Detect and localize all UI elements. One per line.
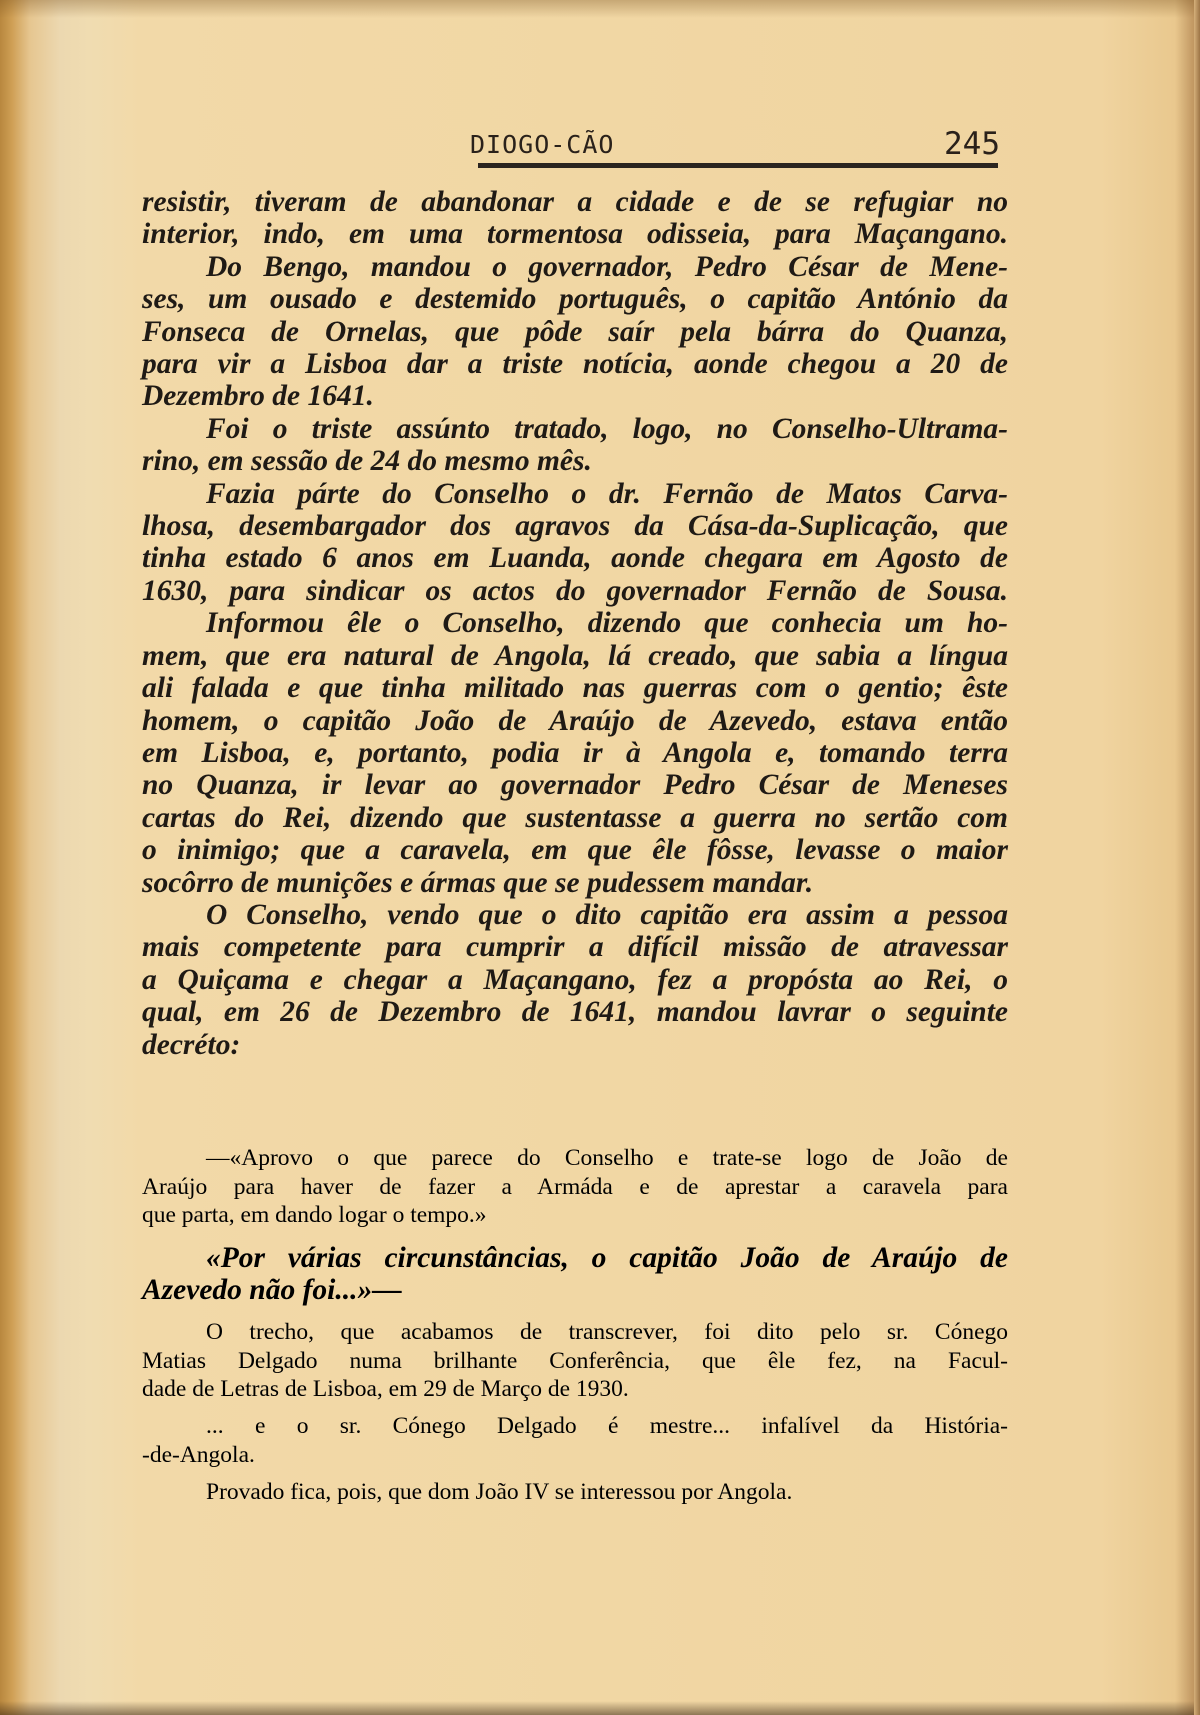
text-line: -de-Angola. [142, 1441, 1008, 1470]
text-line: ali falada e que tinha militado nas guer… [142, 672, 1008, 704]
text-line: para vir a Lisboa dar a triste notícia, … [142, 348, 1008, 380]
text-line: dade de Letras de Lisboa, em 29 de Março… [142, 1375, 1008, 1404]
text-line: Fonseca de Ornelas, que pôde saír pela b… [142, 316, 1008, 348]
text-line: ses, um ousado e destemido português, o … [142, 283, 1008, 315]
text-line: decréto: [142, 1029, 1008, 1061]
text-line: Provado fica, pois, que dom João IV se i… [142, 1478, 1008, 1507]
text-line: mais competente para cumprir a difícil m… [142, 931, 1008, 963]
header-rule [478, 163, 998, 168]
text-line: lhosa, desembargador dos agravos da Cása… [142, 510, 1008, 542]
text-line: qual, em 26 de Dezembro de 1641, mandou … [142, 996, 1008, 1028]
text-line: Dezembro de 1641. [142, 380, 1008, 412]
text-line: homem, o capitão João de Araújo de Azeve… [142, 705, 1008, 737]
paragraph-2: Do Bengo, mandou o governador, Pedro Cés… [142, 251, 1008, 413]
running-title: DIOGO-CÃO [470, 130, 614, 159]
text-line: em Lisboa, e, portanto, podia ir à Angol… [142, 737, 1008, 769]
text-line: tinha estado 6 anos em Luanda, aonde che… [142, 542, 1008, 574]
text-line: interior, indo, em uma tormentosa odisse… [142, 218, 1008, 250]
paragraph-4: Fazia párte do Conselho o dr. Fernão de … [142, 478, 1008, 608]
italic-quote: «Por várias circunstâncias, o capitão Jo… [142, 1242, 1008, 1307]
paragraph-8: ... e o sr. Cónego Delgado é mestre... i… [142, 1412, 1008, 1469]
text-line: cartas do Rei, dizendo que sustentasse a… [142, 802, 1008, 834]
text-line: no Quanza, ir levar ao governador Pedro … [142, 769, 1008, 801]
body-italic: resistir, tiveram de abandonar a cidade … [142, 186, 1008, 1061]
text-line: Foi o triste assúnto tratado, logo, no C… [142, 413, 1008, 445]
text-line: a Quiçama e chegar a Maçangano, fez a pr… [142, 964, 1008, 996]
text-line: Azevedo não foi...»— [142, 1274, 1008, 1306]
text-line: Matias Delgado numa brilhante Conferênci… [142, 1347, 1008, 1376]
text-line: mem, que era natural de Angola, lá cread… [142, 640, 1008, 672]
text-line: 1630, para sindicar os actos do governad… [142, 575, 1008, 607]
decree-quote: —«Aprovo o que parece do Conselho e trat… [142, 1144, 1008, 1230]
text-line: ... e o sr. Cónego Delgado é mestre... i… [142, 1412, 1008, 1441]
text-line: —«Aprovo o que parece do Conselho e trat… [142, 1144, 1008, 1173]
paragraph-6: O Conselho, vendo que o dito capitão era… [142, 899, 1008, 1061]
paragraph-9: Provado fica, pois, que dom João IV se i… [142, 1478, 1008, 1507]
book-page: DIOGO-CÃO 245 resistir, tiveram de aband… [0, 0, 1200, 1715]
running-head: DIOGO-CÃO 245 [470, 126, 1000, 166]
text-line: socôrro de munições e ármas que se pudes… [142, 867, 1008, 899]
text-line: O trecho, que acabamos de transcrever, f… [142, 1318, 1008, 1347]
paragraph-3: Foi o triste assúnto tratado, logo, no C… [142, 413, 1008, 478]
paragraph-1: resistir, tiveram de abandonar a cidade … [142, 186, 1008, 251]
paragraph-7: O trecho, que acabamos de transcrever, f… [142, 1318, 1008, 1404]
text-line: que parta, em dando logar o tempo.» [142, 1201, 1008, 1230]
text-line: «Por várias circunstâncias, o capitão Jo… [142, 1242, 1008, 1274]
text-line: Araújo para haver de fazer a Armáda e de… [142, 1173, 1008, 1202]
paragraph-5: Informou êle o Conselho, dizendo que con… [142, 607, 1008, 899]
text-line: O Conselho, vendo que o dito capitão era… [142, 899, 1008, 931]
text-line: Do Bengo, mandou o governador, Pedro Cés… [142, 251, 1008, 283]
text-line: resistir, tiveram de abandonar a cidade … [142, 186, 1008, 218]
text-line: o inimigo; que a caravela, em que êle fô… [142, 834, 1008, 866]
text-line: rino, em sessão de 24 do mesmo mês. [142, 445, 1008, 477]
page-number: 245 [944, 126, 1000, 162]
text-line: Fazia párte do Conselho o dr. Fernão de … [142, 478, 1008, 510]
text-line: Informou êle o Conselho, dizendo que con… [142, 607, 1008, 639]
